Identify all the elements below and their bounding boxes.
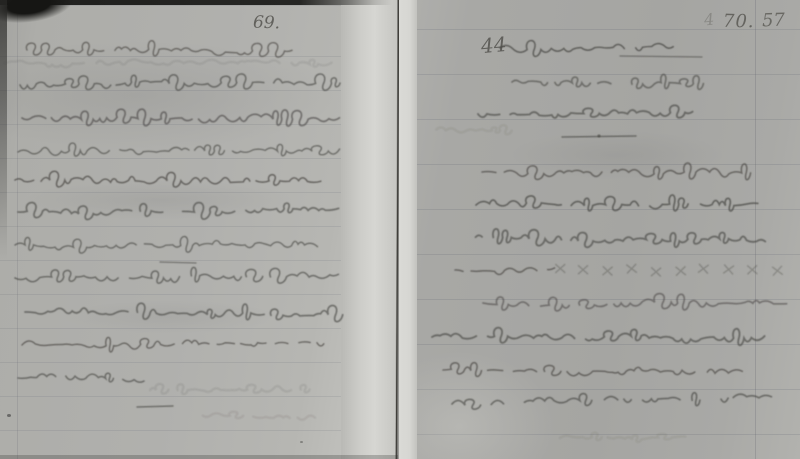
handwritten-line [432,326,765,347]
ghost-showthrough-line [5,59,332,67]
ghost-showthrough-line [436,125,511,134]
handwritten-line [476,229,766,249]
cancel-x-mark [676,267,685,275]
handwritten-line [483,292,787,312]
divider-dot [597,134,600,137]
cancel-x-mark [724,265,734,274]
handwritten-line [15,266,339,285]
handwritten-line [482,162,751,181]
underline-stroke [160,262,196,263]
cancel-x-mark [556,264,565,272]
cancel-x-mark [748,266,757,274]
handwritten-line [512,73,703,89]
handwritten-line [18,141,340,157]
ghost-showthrough-line [560,433,685,442]
handwritten-line [15,171,331,188]
cancel-x-mark [579,266,588,274]
handwritten-line [455,268,555,275]
handwritten-line [443,362,742,378]
underline-stroke [620,56,702,57]
cancel-x-mark [699,264,709,273]
handwritten-line [25,303,343,322]
manuscript-scan: 69. 4 70. 57 44 [0,0,800,459]
cancel-x-mark [603,267,612,275]
handwritten-line [22,109,339,127]
ghost-showthrough-line [203,412,315,420]
handwriting-ink-layer [0,0,800,459]
cancel-x-mark [651,268,660,276]
handwritten-line [26,40,292,57]
handwritten-line [22,336,324,353]
divider-stroke [137,406,173,407]
handwritten-line [452,392,771,409]
cancel-x-mark [627,264,637,273]
handwritten-line [20,73,340,92]
handwritten-line [18,200,339,220]
handwritten-line [500,40,699,57]
ghost-showthrough-line [150,384,310,394]
handwritten-line [476,195,758,213]
handwritten-line [18,373,144,383]
handwritten-line [478,105,693,119]
handwritten-line [15,236,318,255]
cancel-x-mark [773,266,783,275]
